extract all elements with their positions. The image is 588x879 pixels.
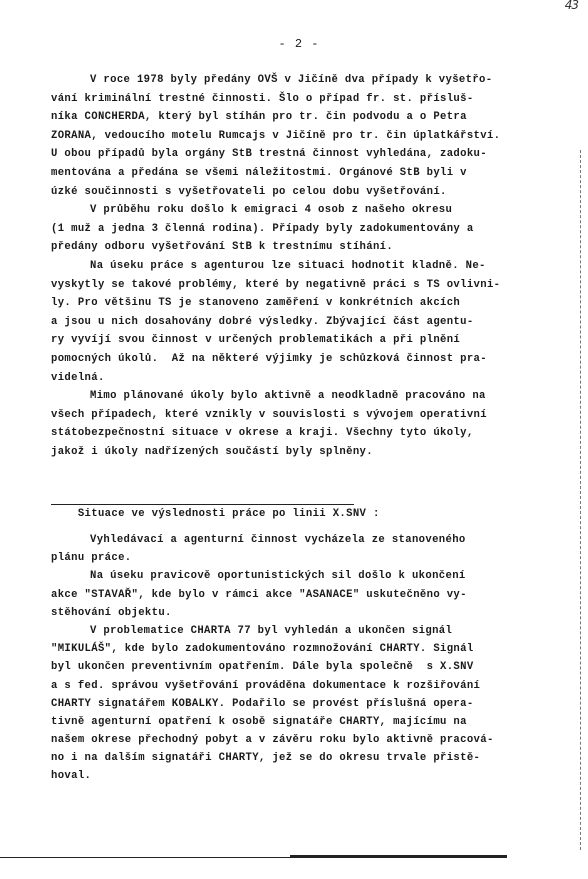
text-line: Vyhledávací a agenturní činnost vycházel… [51, 531, 571, 549]
text-line: V roce 1978 byly předány OVŠ v Jičíně dv… [51, 71, 571, 90]
text-line: ZORANA, vedoucího motelu Rumcajs v Jičín… [51, 127, 571, 146]
scan-edge-bottom [0, 857, 507, 858]
text-line: Na úseku práce s agenturou lze situaci h… [51, 257, 571, 276]
handwritten-folio-number: 43 [565, 0, 578, 12]
text-line: a jsou u nich dosahovány dobré výsledky.… [51, 313, 571, 332]
text-line: V průběhu roku došlo k emigraci 4 osob z… [51, 201, 571, 220]
text-line: vání kriminální trestné činnosti. Šlo o … [51, 90, 571, 109]
text-line: CHARTY signatářem KOBALKY. Podařilo se p… [51, 695, 571, 713]
section-2-heading-text: Situace ve výslednosti práce po linii X.… [78, 508, 380, 520]
text-line: "MIKULÁŠ", kde bylo zadokumentováno rozm… [51, 640, 571, 658]
scan-edge-bottom-shadow [290, 855, 507, 857]
text-line: byl ukončen preventivním opatřením. Dále… [51, 658, 571, 676]
section-2-body: Vyhledávací a agenturní činnost vycházel… [51, 531, 571, 786]
text-line: ry vyvíjí svou činnost v určených proble… [51, 331, 571, 350]
page-number: - 2 - [0, 37, 588, 51]
text-line: Mimo plánované úkoly bylo aktivně a neod… [51, 387, 571, 406]
text-line: a s fed. správou vyšetřování prováděna d… [51, 677, 571, 695]
text-line: mentována a předána se všemi náležitostm… [51, 164, 571, 183]
text-line: V problematice CHARTA 77 byl vyhledán a … [51, 622, 571, 640]
text-line: hoval. [51, 767, 571, 785]
text-line: úzké součinnosti s vyšetřovateli po celo… [51, 183, 571, 202]
text-line: níka CONCHERDA, který byl stíhán pro tr.… [51, 108, 571, 127]
heading-underline [51, 504, 354, 505]
scan-edge-right [580, 150, 581, 850]
text-line: no i na dalším signatáři CHARTY, jež se … [51, 749, 571, 767]
text-line: všech případech, které vznikly v souvisl… [51, 406, 571, 425]
text-line: našem okrese přechodný pobyt a v závěru … [51, 731, 571, 749]
text-line: ly. Pro většinu TS je stanoveno zaměření… [51, 294, 571, 313]
text-line: U obou případů byla orgány StB trestná č… [51, 145, 571, 164]
page-number-text: - 2 - [278, 37, 319, 51]
text-line: předány odboru vyšetřování StB k trestní… [51, 238, 571, 257]
text-line: pomocných úkolů. Až na některé výjimky j… [51, 350, 571, 369]
text-line: plánu práce. [51, 549, 571, 567]
section-1-body: V roce 1978 byly předány OVŠ v Jičíně dv… [51, 71, 571, 461]
text-line: Na úseku pravicově oportunistických sil … [51, 567, 571, 585]
text-line: vyskytly se takové problémy, které by ne… [51, 276, 571, 295]
text-line: jakož i úkoly nadřízených součástí byly … [51, 443, 571, 462]
text-line: tivně agenturní opatření k osobě signatá… [51, 713, 571, 731]
scanned-document-page: 43 - 2 - V roce 1978 byly předány OVŠ v … [0, 0, 588, 879]
text-line: státobezpečnostní situace v okrese a kra… [51, 424, 571, 443]
text-line: akce "STAVAŘ", kde bylo v rámci akce "AS… [51, 586, 571, 604]
text-line: videlná. [51, 369, 571, 388]
text-line: (1 muž a jedna 3 členná rodina). Případy… [51, 220, 571, 239]
text-line: stěhování objektu. [51, 604, 571, 622]
